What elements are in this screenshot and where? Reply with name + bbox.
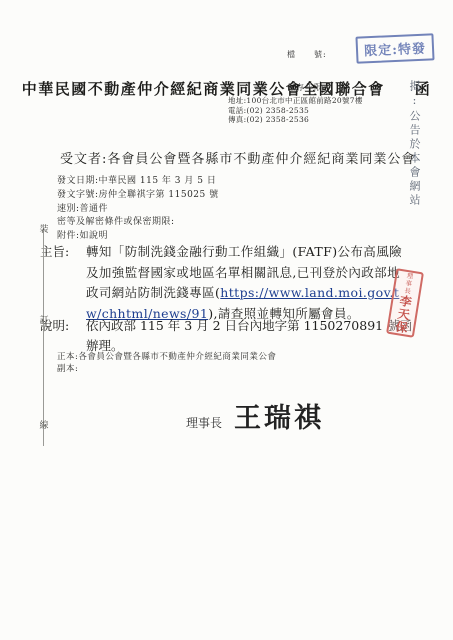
doc-number-line: 發文字號:房仲全聯祺字第 115025 號 (57, 189, 219, 203)
chairman-name: 王瑞祺 (234, 396, 324, 435)
recipient-line: 受文者:各會員公會暨各縣市不動產仲介經紀商業同業公會 (60, 148, 415, 167)
blue-stamp-text: 限定:特發 (364, 38, 427, 60)
priority-line: 速別:普通件 (57, 203, 219, 217)
contact-block: 地址:100台北市中正區館前路20號7樓 電話:(02) 2358-2535 傳… (228, 96, 363, 125)
seal-name: 李天保 (394, 294, 412, 334)
description-text: 依內政部 115 年 3 月 2 日台內地字第 1150270891 號函辦理。 (86, 316, 420, 356)
classification-line: 密等及解密條件或保密期限: (57, 216, 219, 230)
subject-block: 主旨: 轉知「防制洗錢金融行動工作組織」(FATF)公布高風險及加強監督國家或地… (40, 242, 412, 324)
binding-mark-ding: 訂 (38, 313, 50, 326)
binding-mark-xian: 線 (38, 418, 50, 431)
copy-recipient-line: 副本: (57, 363, 276, 375)
description-block: 說明: 依內政部 115 年 3 月 2 日台內地字第 1150270891 號… (40, 316, 420, 356)
subject-label: 主旨: (40, 242, 86, 324)
address-line: 地址:100台北市中正區館前路20號7樓 (228, 96, 363, 106)
distribution-block: 正本:各會員公會暨各縣市不動產仲介經紀商業同業公會 副本: (57, 351, 276, 375)
document-meta: 發文日期:中華民國 115 年 3 月 5 日 發文字號:房仲全聯祺字第 115… (57, 175, 219, 244)
signature-block: 理事長 王瑞祺 (186, 396, 324, 435)
seal-title: 理事長 (403, 272, 413, 295)
scanned-official-letter: 檔 號: 保存年限: 限定:特發 中華民國不動產仲介經紀商業同業公會全國聯合會 … (0, 0, 453, 640)
binding-mark-zhuang: 裝 (38, 222, 50, 235)
subject-text: 轉知「防制洗錢金融行動工作組織」(FATF)公布高風險及加強監督國家或地區名單相… (86, 242, 412, 324)
fax-line: 傳真:(02) 2358-2536 (228, 115, 363, 125)
phone-line: 電話:(02) 2358-2535 (228, 106, 363, 116)
original-recipient-line: 正本:各會員公會暨各縣市不動產仲介經紀商業同業公會 (57, 351, 276, 363)
chairman-title: 理事長 (186, 414, 222, 431)
binding-line (43, 228, 44, 446)
blue-approval-stamp: 限定:特發 (355, 33, 434, 63)
document-title: 中華民國不動產仲介經紀商業同業公會全國聯合會 函 (0, 78, 453, 99)
file-number-label: 檔 號: (287, 49, 327, 60)
issue-date-line: 發文日期:中華民國 115 年 3 月 5 日 (57, 175, 219, 189)
